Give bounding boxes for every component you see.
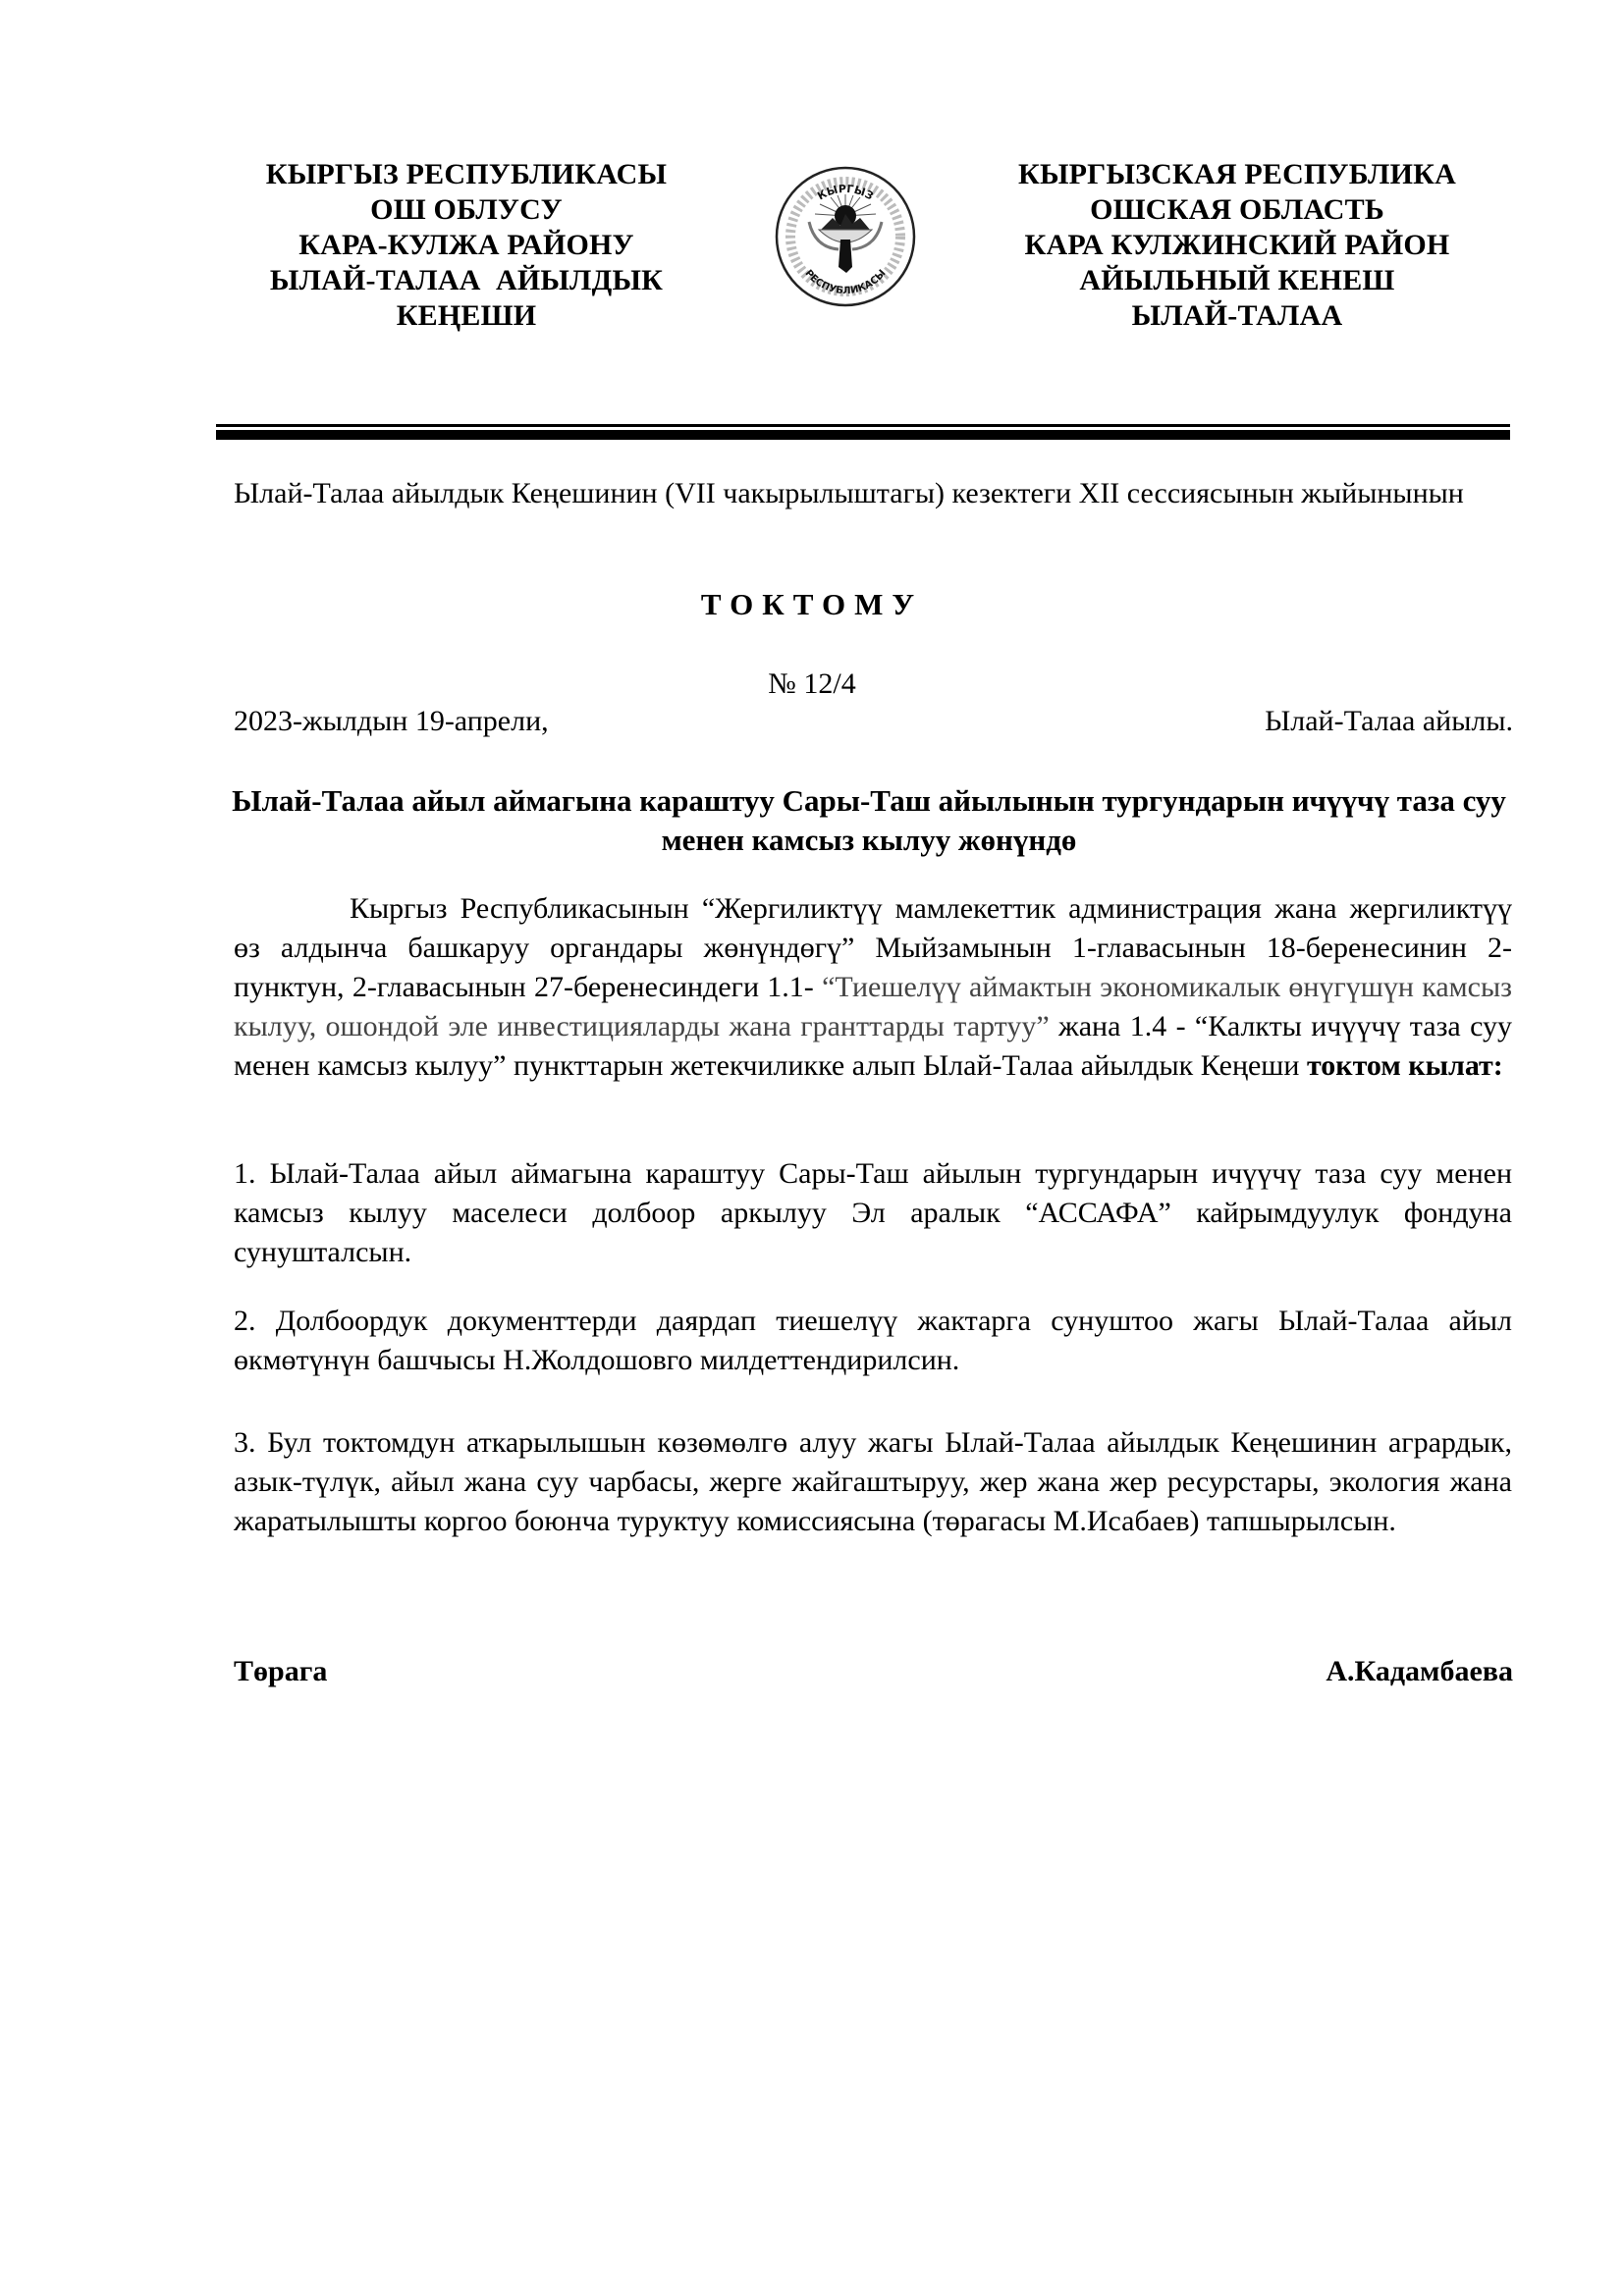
- session-intro: Ылай-Талаа айылдык Кеңешинин (VII чакыры…: [234, 473, 1512, 514]
- header-line: КЫРГЫЗ РЕСПУБЛИКАСЫ: [221, 157, 712, 192]
- document-page: КЫРГЫЗ РЕСПУБЛИКАСЫ ОШ ОБЛУСУ КАРА-КУЛЖА…: [0, 0, 1624, 2296]
- resolution-item-3: 3. Бул токтомдун аткарылышын көзөмөлгө а…: [234, 1423, 1512, 1541]
- header-line: КАРА-КУЛЖА РАЙОНУ: [221, 228, 712, 263]
- header-divider-thick: [216, 430, 1510, 440]
- header-line: ОШСКАЯ ОБЛАСТЬ: [972, 192, 1502, 228]
- header-line: ЫЛАЙ-ТАЛАА АЙЫЛДЫК: [221, 263, 712, 298]
- header-line: КЫРГЫЗСКАЯ РЕСПУБЛИКА: [972, 157, 1502, 192]
- signatory-name: А.Кадамбаева: [1326, 1655, 1513, 1688]
- header-line: КЕҢЕШИ: [221, 298, 712, 334]
- header-kyrgyz: КЫРГЫЗ РЕСПУБЛИКАСЫ ОШ ОБЛУСУ КАРА-КУЛЖА…: [221, 157, 712, 334]
- header-russian: КЫРГЫЗСКАЯ РЕСПУБЛИКА ОШСКАЯ ОБЛАСТЬ КАР…: [972, 157, 1502, 334]
- resolution-phrase: токтом кылат:: [1307, 1049, 1503, 1082]
- header-line: ЫЛАЙ-ТАЛАА: [972, 298, 1502, 334]
- kyrgyz-state-emblem-icon: КЫРГЫЗ РЕСПУБЛИКАСЫ: [774, 165, 917, 308]
- header-line: АЙЫЛЬНЫЙ КЕНЕШ: [972, 263, 1502, 298]
- header-line: ОШ ОБЛУСУ: [221, 192, 712, 228]
- document-date: 2023-жылдын 19-апрели,: [234, 705, 549, 738]
- document-title: ТОКТОМУ: [0, 587, 1624, 622]
- preamble-paragraph: Кыргыз Республикасынын “Жергиликтүү мамл…: [234, 889, 1512, 1086]
- signatory-role: Төрага: [234, 1655, 327, 1688]
- resolution-item-2: 2. Долбоордук документтерди даярдап тиеш…: [234, 1302, 1512, 1380]
- document-subject: Ылай-Талаа айыл аймагына караштуу Сары-Т…: [226, 781, 1512, 860]
- header-divider-thin: [216, 424, 1510, 427]
- document-number: № 12/4: [0, 667, 1624, 701]
- document-place: Ылай-Талаа айылы.: [1265, 705, 1513, 738]
- resolution-item-1: 1. Ылай-Талаа айыл аймагына караштуу Сар…: [234, 1154, 1512, 1272]
- header-line: КАРА КУЛЖИНСКИЙ РАЙОН: [972, 228, 1502, 263]
